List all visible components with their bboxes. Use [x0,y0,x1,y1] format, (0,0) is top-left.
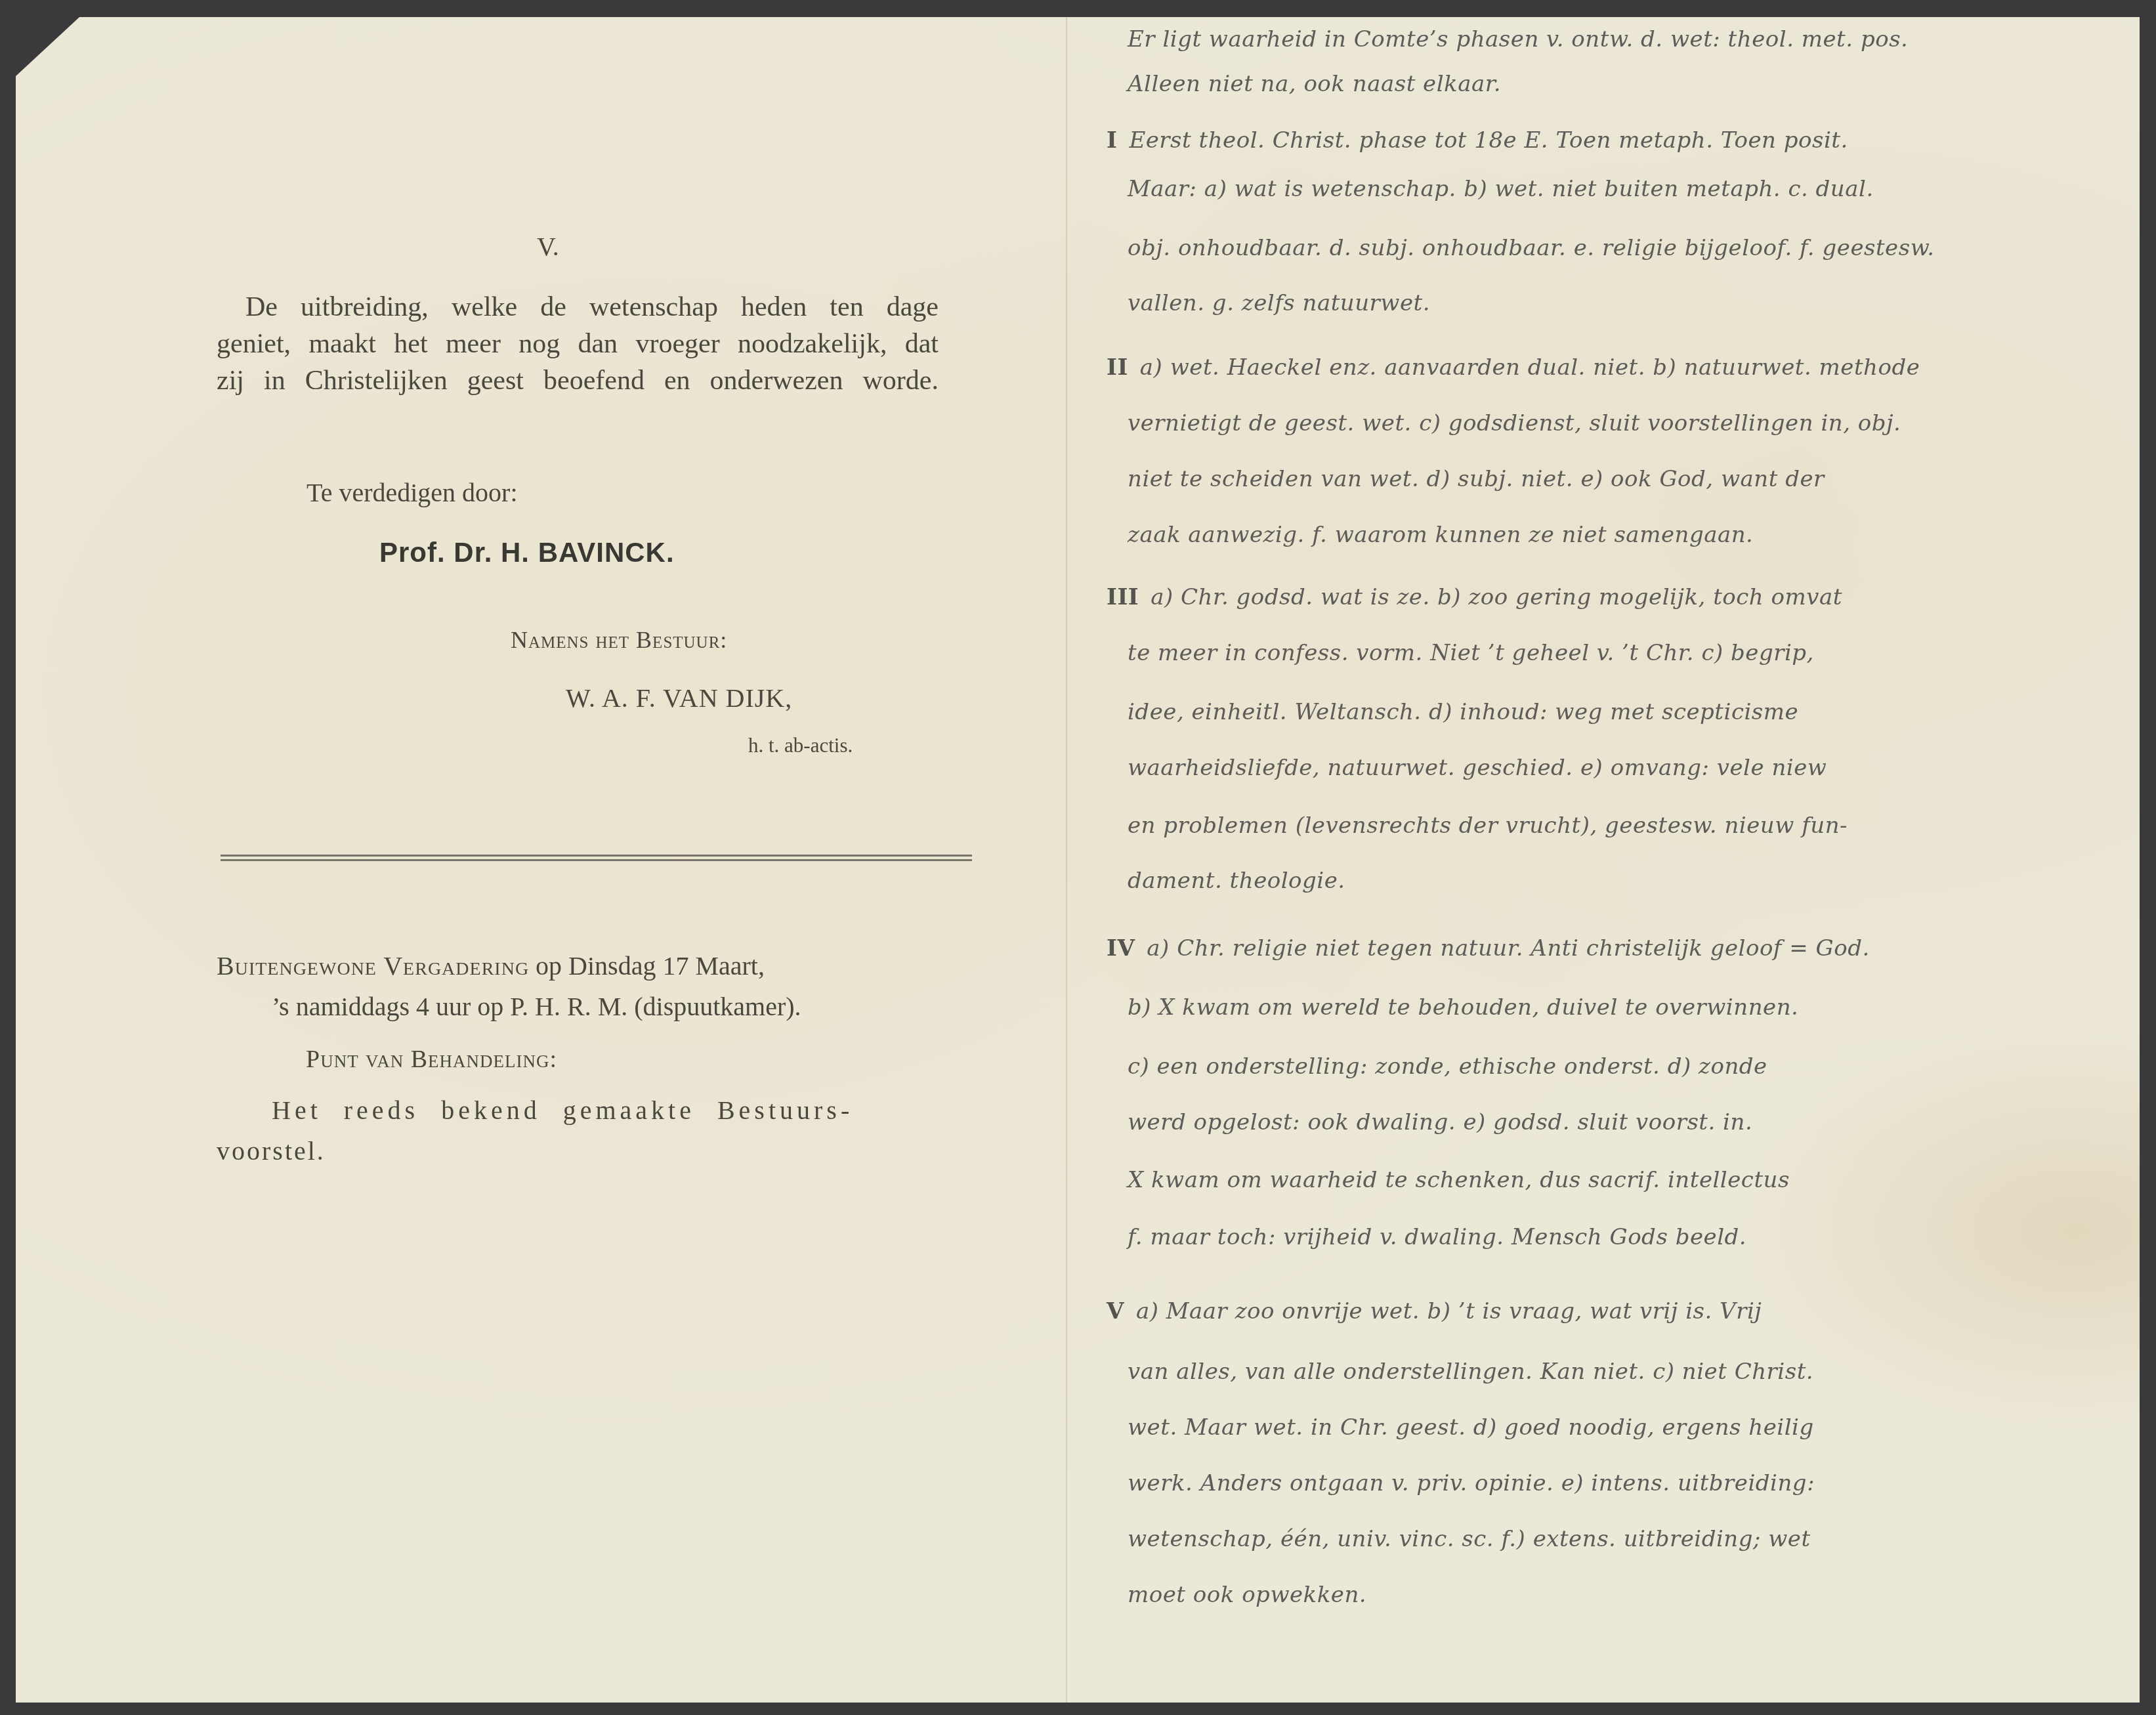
note-line: Er ligt waarheid in Comte’s phasen v. on… [1116,26,1908,53]
meeting-line-2: ’s namiddags 4 uur op P. H. R. M. (dispu… [272,991,801,1022]
note-line: wet. Maar wet. in Chr. geest. d) goed no… [1116,1414,1814,1441]
secretary-role: h. t. ab-actis. [748,734,853,757]
thesis-line: geniet, maakt het meer nog dan vroeger n… [217,326,939,362]
secretary-name: W. A. F. VAN DIJK, [566,683,792,713]
meeting-title: Buitengewone Vergadering [217,951,529,981]
thesis-line: zij in Christelijken geest beoefend en o… [217,362,939,399]
agenda-label: Punt van Behandeling: [306,1045,557,1074]
note-line: dament. theologie. [1116,868,1345,894]
page-fold [1066,17,1067,1703]
note-line: moet ook opwekken. [1116,1582,1366,1608]
note-line-section-IV: IVa) Chr. religie niet tegen natuur. Ant… [1107,935,1870,962]
note-line: waarheidsliefde, natuurwet. geschied. e)… [1116,755,1827,781]
note-line: te meer in confess. vorm. Niet ’t geheel… [1116,640,1814,666]
thesis-text: De uitbreiding, welke de wetenschap hede… [217,289,939,399]
note-line: vallen. g. zelfs natuurwet. [1116,290,1430,316]
note-line: b) X kwam om wereld te behouden, duivel … [1116,994,1798,1021]
note-line-section-I: IEerst theol. Christ. phase tot 18e E. T… [1107,127,1848,154]
note-line: idee, einheitl. Weltansch. d) inhoud: we… [1116,699,1798,725]
note-line: vernietigt de geest. wet. c) godsdienst,… [1116,410,1901,436]
note-line: werd opgelost: ook dwaling. e) godsd. sl… [1116,1109,1752,1135]
note-line: van alles, van alle onderstellingen. Kan… [1116,1359,1813,1385]
note-line: obj. onhoudbaar. d. subj. onhoudbaar. e.… [1116,235,1935,261]
note-line: Maar: a) wat is wetenschap. b) wet. niet… [1116,176,1874,202]
note-line: werk. Anders ontgaan v. priv. opinie. e)… [1116,1470,1815,1496]
thesis-line: De uitbreiding, welke de wetenschap hede… [217,289,939,326]
agenda-line-2: voorstel. [217,1135,326,1166]
agenda-line-1: Het reeds bekend gemaakte Bestuurs- [272,1095,853,1126]
note-line: X kwam om waarheid te schenken, dus sacr… [1116,1167,1790,1193]
defend-label: Te verdedigen door: [306,477,518,508]
note-line: Alleen niet na, ook naast elkaar. [1116,71,1501,97]
on-behalf-label: Namens het Bestuur: [511,626,727,654]
note-line: en problemen (levensrechts der vrucht), … [1116,813,1848,839]
thesis-number: V. [537,231,559,262]
note-line: f. maar toch: vrijheid v. dwaling. Mensc… [1116,1224,1746,1250]
note-line: niet te scheiden van wet. d) subj. niet.… [1116,466,1825,492]
note-line: c) een onderstelling: zonde, ethische on… [1116,1053,1767,1080]
double-rule-divider [221,855,972,861]
meeting-date: op Dinsdag 17 Maart, [529,951,765,981]
note-line: wetenschap, één, univ. vinc. sc. f.) ext… [1116,1526,1811,1552]
note-line-section-V: Va) Maar zoo onvrije wet. b) ’t is vraag… [1107,1298,1762,1324]
note-line: zaak aanwezig. f. waarom kunnen ze niet … [1116,522,1753,548]
note-line-section-III: IIIa) Chr. godsd. wat is ze. b) zoo geri… [1107,584,1842,610]
meeting-line-1: Buitengewone Vergadering op Dinsdag 17 M… [217,950,765,981]
note-line-section-II: IIa) wet. Haeckel enz. aanvaarden dual. … [1107,354,1920,381]
defender-name: Prof. Dr. H. BAVINCK. [379,537,675,568]
